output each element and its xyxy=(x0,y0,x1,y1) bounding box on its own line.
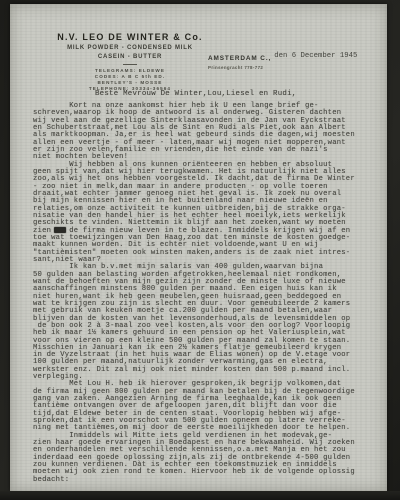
letterhead-right: AMSTERDAM C., den 6 December 1945 Prinse… xyxy=(208,54,388,70)
salutation: Beste Mevrouw De Winter,Lou,Liesel en Ru… xyxy=(95,90,296,98)
letter-body: Kort na onze aankomst hier heb ik U een … xyxy=(33,103,383,484)
letter-paper: N.V. LEO DE WINTER & Co. MILK POWDER - C… xyxy=(10,4,387,491)
company-products-line1: MILK POWDER - CONDENSED MILK xyxy=(50,45,210,51)
street-address: Prinsengracht 778-772 xyxy=(208,65,388,70)
letterhead: N.V. LEO DE WINTER & Co. MILK POWDER - C… xyxy=(50,32,210,92)
ink-blot-redaction xyxy=(54,227,66,233)
scanner-background: N.V. LEO DE WINTER & Co. MILK POWDER - C… xyxy=(0,0,400,500)
company-name: N.V. LEO DE WINTER & Co. xyxy=(50,32,210,42)
scan-bottom-edge xyxy=(0,491,400,500)
company-products-line2: CASEIN - BUTTER xyxy=(50,54,210,60)
letterhead-divider xyxy=(123,64,137,65)
city-label: AMSTERDAM C., xyxy=(208,55,271,62)
scanned-letter-page: { "letterhead": { "company": "N.V. LEO D… xyxy=(0,0,400,500)
typed-date: den 6 December 1945 xyxy=(274,52,357,60)
